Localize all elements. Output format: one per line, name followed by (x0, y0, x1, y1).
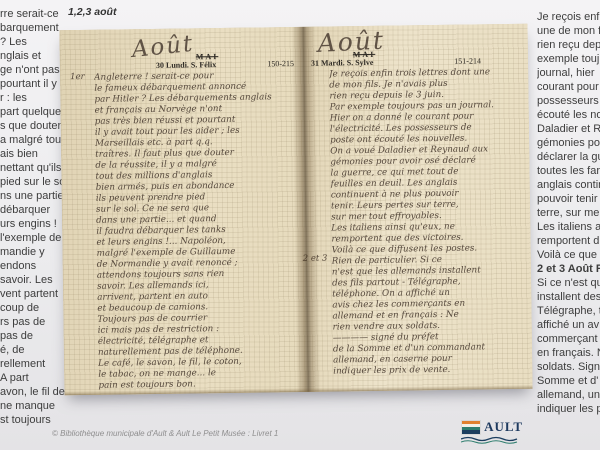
transcription-line: A part (0, 371, 64, 385)
transcription-line: exemple touj (537, 52, 600, 66)
transcription-line: Voilà ce que (537, 248, 600, 262)
diary-page-left: Août MAI 30 Lundi. S. Félix 150-215 1er … (59, 27, 307, 395)
transcription-line: ns une partie. (0, 189, 64, 203)
transcription-line: écouté les no (537, 108, 600, 122)
transcription-line: ? Les (0, 35, 64, 49)
transcription-line: une de mon f (537, 24, 600, 38)
transcription-line: l'exemple de (0, 231, 64, 245)
diary-page-right: Août MAI 31 Mardi. S. Sylve 151-214 2 et… (302, 24, 532, 392)
transcription-line: soldats. Signé (537, 360, 600, 374)
transcription-line: commerçant (537, 332, 600, 346)
transcription-line: endons (0, 259, 64, 273)
printed-date-row: 31 Mardi. S. Sylve 151-214 (311, 56, 481, 67)
copyright-caption: © Bibliothèque municipale d'Ault & Ault … (52, 429, 278, 438)
page-reference: 150-215 (267, 59, 294, 68)
transcription-line: pouvoir tenir (537, 192, 600, 206)
transcription-line: affiché un av (537, 318, 600, 332)
page-reference: 151-214 (454, 56, 481, 65)
transcription-line: ge n'ont pas (0, 63, 64, 77)
transcription-line: st toujours (0, 413, 64, 427)
handwritten-month: Août (131, 31, 196, 63)
page-gutter-shadow (291, 27, 320, 392)
transcription-line: rien reçu dep (537, 38, 600, 52)
handwritten-text-right: Je reçois enfin trois lettres dont unede… (329, 67, 529, 378)
transcription-line: s que douter (0, 119, 64, 133)
transcription-line: débarquer (0, 203, 64, 217)
transcription-line: Somme et d' (537, 374, 600, 388)
transcription-line: rellement (0, 357, 64, 371)
transcription-line: mandie y (0, 245, 64, 259)
printed-date: 31 Mardi. S. Sylve (311, 58, 374, 68)
transcription-line: pied sur le sol (0, 175, 64, 189)
transcription-line: journal, hier (537, 66, 600, 80)
transcription-line: Télégraphe, t (537, 304, 600, 318)
transcription-line: savoir. Les (0, 273, 64, 287)
ault-logo-text: AULT (484, 419, 523, 435)
transcription-line: Les italiens ai (537, 220, 600, 234)
transcription-line: vent partent (0, 287, 64, 301)
transcription-line: pourtant il y (0, 77, 64, 91)
transcription-line: terre, sur me (537, 206, 600, 220)
transcription-line: nettant qu'ils (0, 161, 64, 175)
transcription-line: rs pas de (0, 315, 64, 329)
transcription-line: é, de (0, 343, 64, 357)
transcription-line: toutes les far (537, 164, 600, 178)
ault-logo: AULT (461, 419, 523, 444)
transcription-line: Je reçois enfi (537, 10, 600, 24)
transcription-line: rre serait-ce (0, 7, 64, 21)
right-transcription-column: Je reçois enfiune de mon frien reçu depe… (537, 10, 600, 416)
transcription-line: gémonies po (537, 136, 600, 150)
handwritten-line: indiquer les prix de vente. (333, 364, 529, 378)
transcription-line: a malgré tous (0, 133, 64, 147)
handwritten-text-left: Angleterre ! serait-ce pourle fameux déb… (94, 70, 302, 392)
ault-flag-icon (461, 420, 481, 435)
printed-date-row: 30 Lundi. S. Félix 150-215 (156, 59, 294, 70)
transcription-line: urs engins ! (0, 217, 64, 231)
transcription-line: ais bien (0, 147, 64, 161)
transcription-line: nglais et (0, 49, 64, 63)
left-transcription-column: rre serait-cebarquement? Lesnglais etge … (0, 7, 64, 427)
transcription-line: part quelques (0, 105, 64, 119)
transcription-line: déclarer la gu (537, 150, 600, 164)
transcription-line: possesseurs (537, 94, 600, 108)
transcription-line: indiquer les p (537, 402, 600, 416)
transcription-line: courant pour (537, 80, 600, 94)
transcription-line: allemand, un (537, 388, 600, 402)
transcription-line: ne manque (0, 399, 64, 413)
diary-photo: Août MAI 30 Lundi. S. Félix 150-215 1er … (59, 24, 532, 395)
transcription-line: 2 et 3 Août R (537, 262, 600, 276)
margin-note: 1er (70, 72, 85, 82)
transcription-line: installent des (537, 290, 600, 304)
handwritten-month: Août (317, 26, 386, 58)
transcription-line: barquement (0, 21, 64, 35)
printed-date: 30 Lundi. S. Félix (156, 60, 216, 70)
transcription-line: pas de (0, 329, 64, 343)
transcription-line: anglais contin (537, 178, 600, 192)
transcription-line: r : les (0, 91, 64, 105)
transcription-line: Daladier et R (537, 122, 600, 136)
transcription-line: Si ce n'est qu (537, 276, 600, 290)
transcription-line: en français. N (537, 346, 600, 360)
slide-title: 1,2,3 août (68, 6, 116, 18)
transcription-line: coup de (0, 301, 64, 315)
transcription-line: avon, le fil de (0, 385, 64, 399)
transcription-line: remportent d (537, 234, 600, 248)
ault-logo-waves (461, 436, 519, 444)
